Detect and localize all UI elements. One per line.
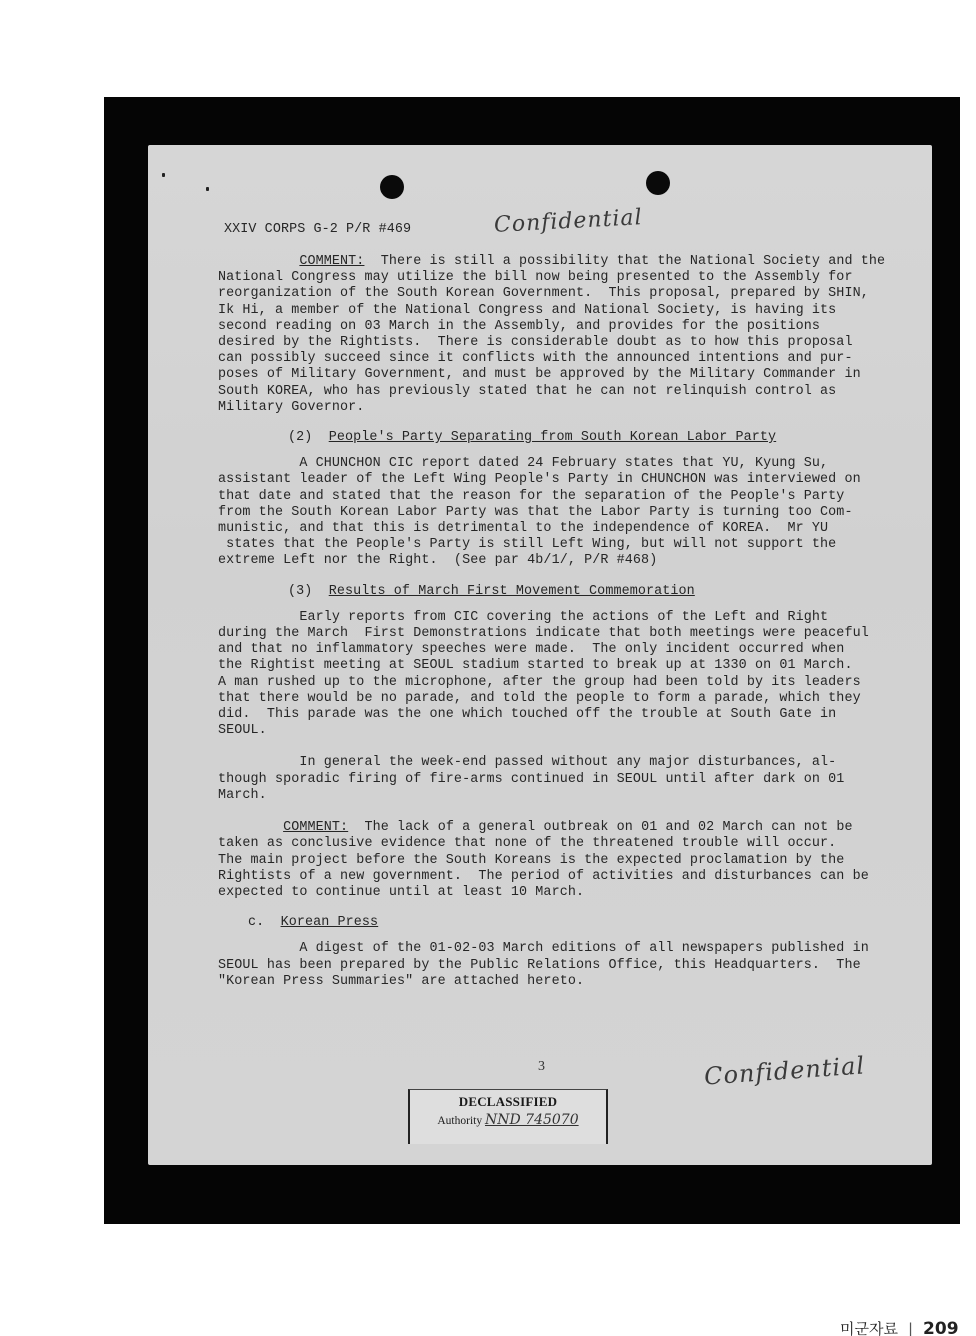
section-3-heading: (3) Results of March First Movement Comm… (218, 584, 878, 600)
section-2-paragraph: A CHUNCHON CIC report dated 24 February … (218, 456, 878, 569)
comment-label: COMMENT: (283, 820, 348, 835)
book-page-number: 209 (923, 1319, 959, 1336)
book-section-label: 미군자료 (840, 1320, 898, 1336)
document-header: XXIV CORPS G-2 P/R #469 Confidential (218, 220, 878, 244)
speck-mark (206, 187, 209, 191)
page-number: 3 (538, 1059, 545, 1075)
section-c-heading: c. Korean Press (218, 915, 878, 931)
punch-hole-left (380, 175, 404, 199)
classification-handwritten-bottom: Confidential (703, 1051, 866, 1090)
comment-label: COMMENT: (299, 254, 364, 269)
speck-mark (162, 173, 165, 177)
document-body: XXIV CORPS G-2 P/R #469 Confidential COM… (218, 220, 878, 990)
section-c-paragraph: A digest of the 01-02-03 March editions … (218, 941, 878, 990)
stamp-authority: Authority NND 745070 (410, 1112, 606, 1128)
comment-paragraph-1: COMMENT: There is still a possibility th… (218, 254, 878, 416)
report-id: XXIV CORPS G-2 P/R #469 (224, 222, 411, 238)
declassified-stamp: DECLASSIFIED Authority NND 745070 (408, 1089, 608, 1144)
section-3-paragraph-2: In general the week-end passed without a… (218, 755, 878, 804)
classification-handwritten-top: Confidential (494, 210, 643, 234)
book-page-footer: 미군자료|209 (840, 1318, 959, 1336)
section-3-paragraph-1: Early reports from CIC covering the acti… (218, 610, 878, 740)
document-footer: 3 Confidential DECLASSIFIED Authority NN… (148, 1055, 932, 1165)
section-2-heading: (2) People's Party Separating from South… (218, 430, 878, 446)
comment-paragraph-2: COMMENT: The lack of a general outbreak … (218, 820, 878, 901)
authority-number: NND 745070 (485, 1112, 579, 1128)
footer-divider: | (908, 1320, 913, 1336)
stamp-title: DECLASSIFIED (410, 1094, 606, 1110)
punch-hole-right (646, 171, 670, 195)
